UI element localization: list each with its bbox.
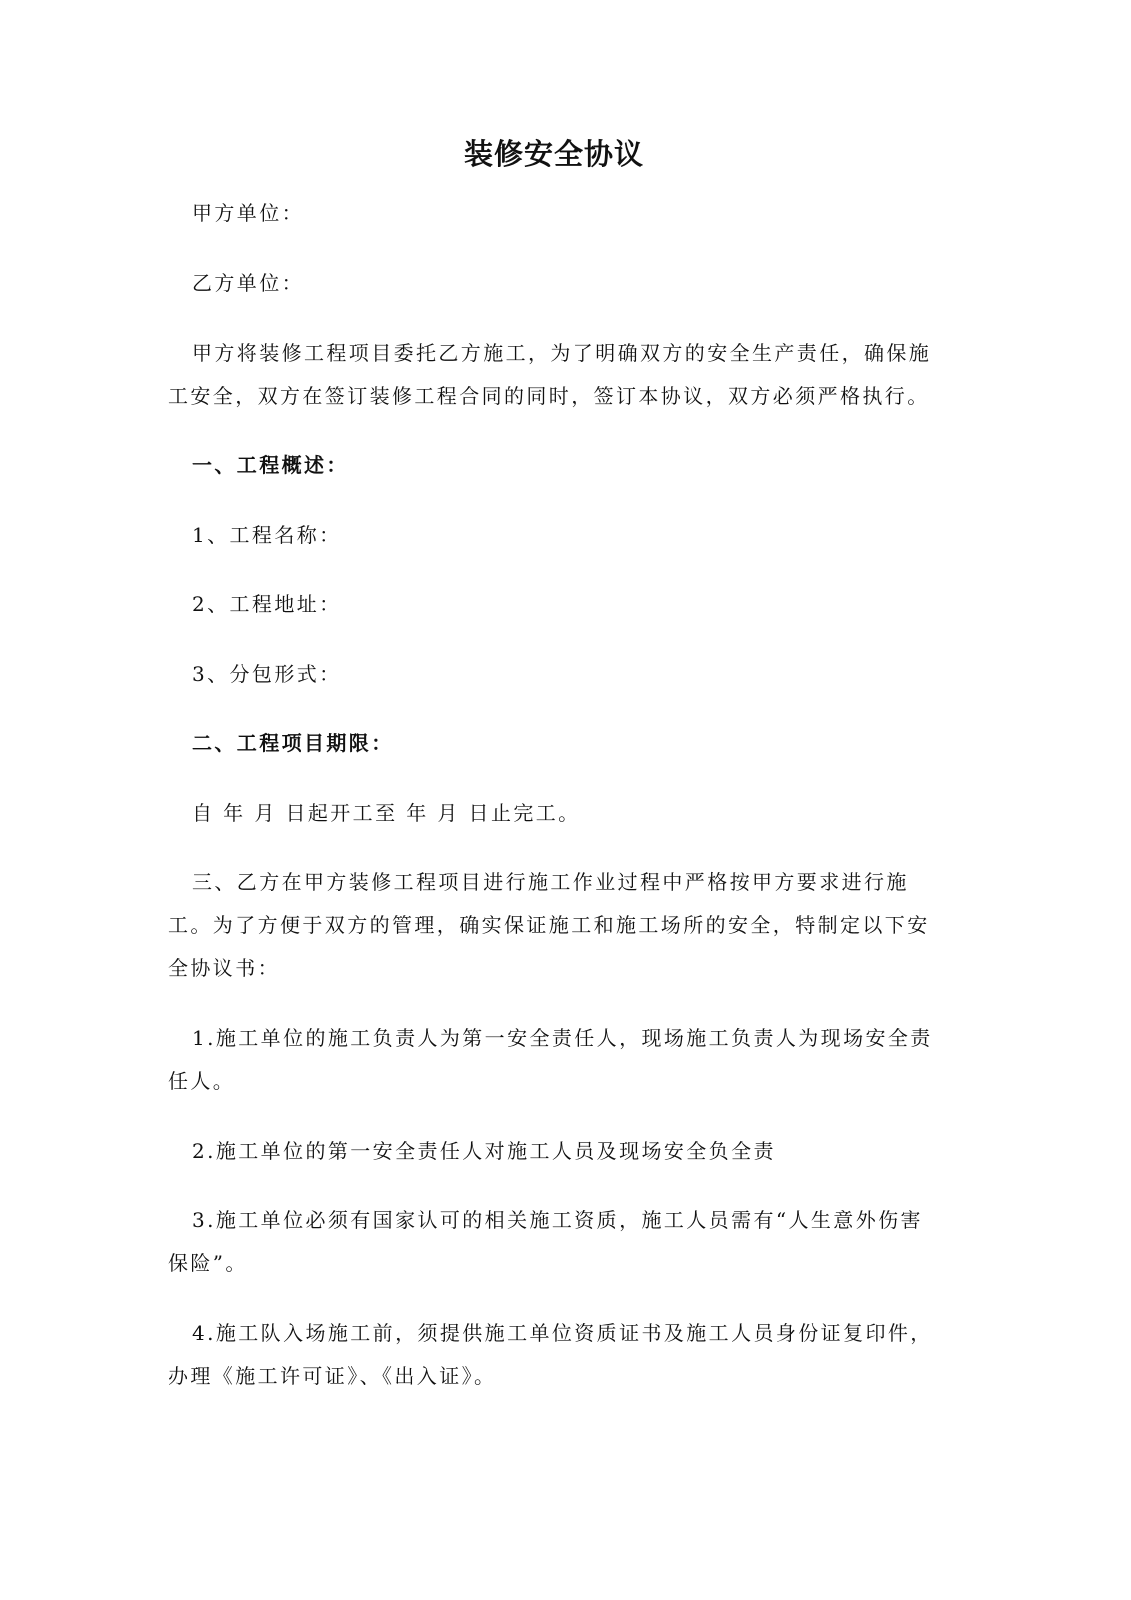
party-a-label: 甲方单位： bbox=[168, 192, 940, 235]
project-address-field: 2、工程地址： bbox=[168, 583, 940, 626]
period-paragraph: 自 年 月 日起开工至 年 月 日止完工。 bbox=[168, 792, 940, 835]
section-3-paragraph: 三、乙方在甲方装修工程项目进行施工作业过程中严格按甲方要求进行施工。为了方便于双… bbox=[168, 861, 940, 990]
clause-3: 3.施工单位必须有国家认可的相关施工资质，施工人员需有“人生意外伤害保险”。 bbox=[168, 1199, 940, 1285]
subcontract-form-field: 3、分包形式： bbox=[168, 653, 940, 696]
section-1-heading: 一、工程概述： bbox=[168, 444, 940, 487]
intro-paragraph: 甲方将装修工程项目委托乙方施工，为了明确双方的安全生产责任，确保施工安全，双方在… bbox=[168, 332, 940, 418]
section-2-heading: 二、工程项目期限： bbox=[168, 722, 940, 765]
clause-1: 1.施工单位的施工负责人为第一安全责任人，现场施工负责人为现场安全责任人。 bbox=[168, 1017, 940, 1103]
document-title: 装修安全协议 bbox=[168, 134, 940, 174]
clause-2: 2.施工单位的第一安全责任人对施工人员及现场安全负全责 bbox=[168, 1130, 940, 1173]
party-b-label: 乙方单位： bbox=[168, 262, 940, 305]
clause-4: 4.施工队入场施工前，须提供施工单位资质证书及施工人员身份证复印件，办理《施工许… bbox=[168, 1312, 940, 1398]
project-name-field: 1、工程名称： bbox=[168, 514, 940, 557]
